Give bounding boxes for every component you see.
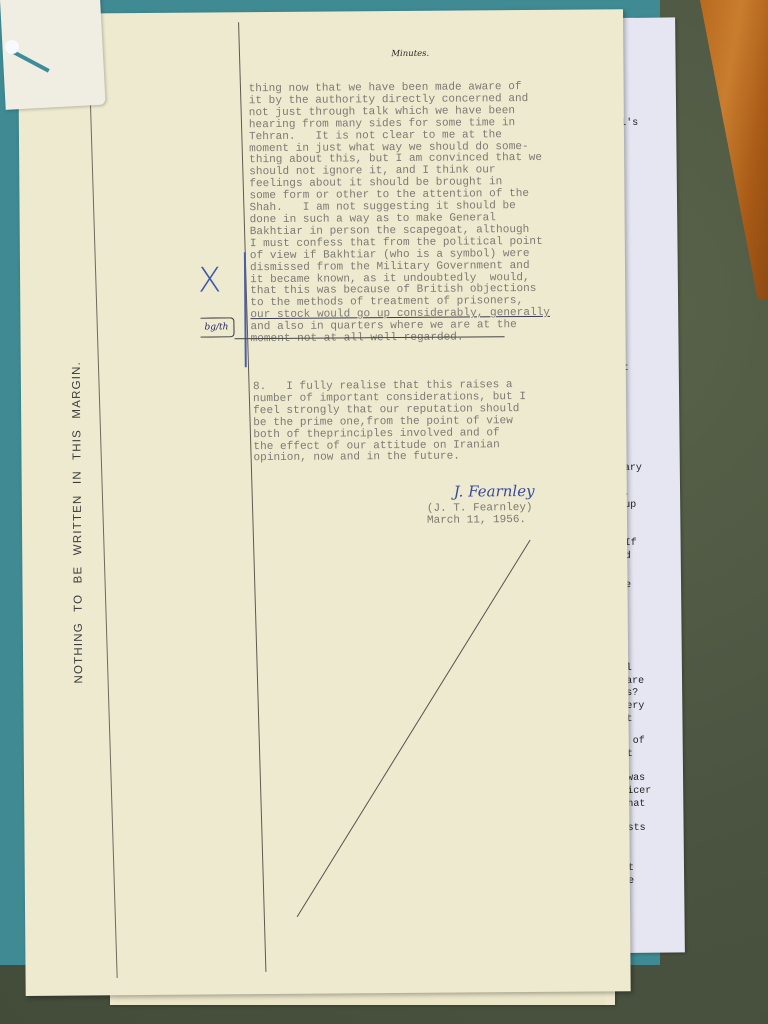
diagonal-cancel-line (18, 9, 631, 996)
treasury-tag-end (5, 40, 19, 54)
minutes-page: NOTHING TO BE WRITTEN IN THIS MARGIN. Mi… (18, 9, 631, 996)
